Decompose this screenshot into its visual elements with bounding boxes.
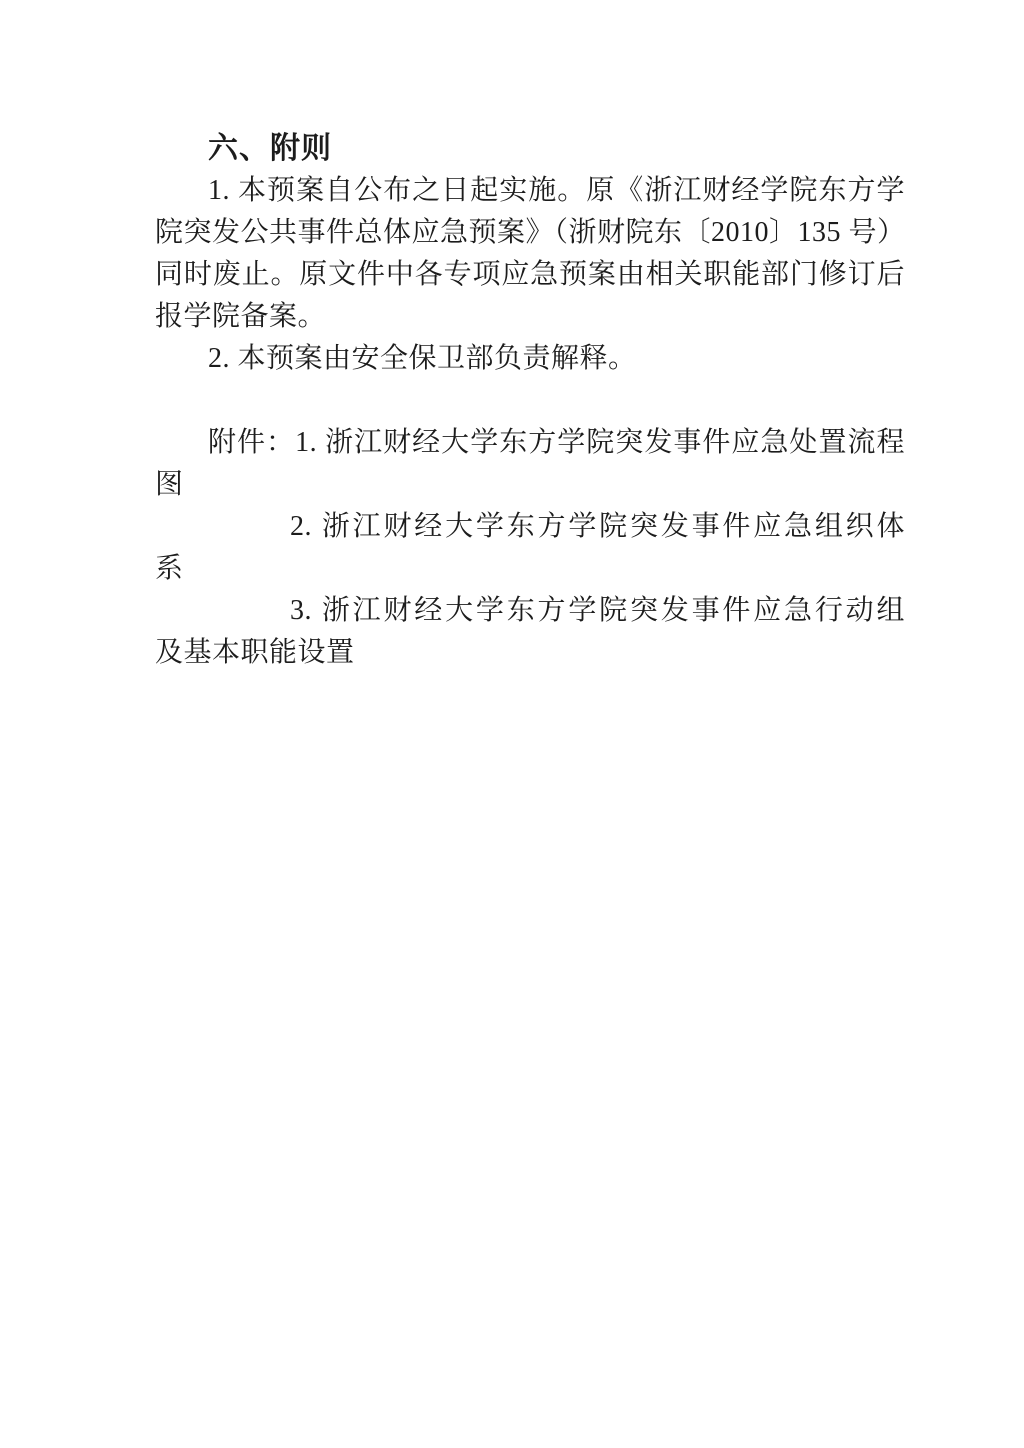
paragraph-1-line-2: 院突发公共事件总体应急预案》（浙财院东〔2010〕135 号） [155,212,905,254]
paragraph-2: 2. 本预案由安全保卫部负责解释。 [155,338,905,380]
attachment-item-3-line-2: 及基本职能设置 [155,632,905,674]
blank-line-spacer [155,380,905,422]
attachment-item-1-line-1: 附件：1. 浙江财经大学东方学院突发事件应急处置流程 [155,422,905,464]
paragraph-1-line-4: 报学院备案。 [155,296,905,338]
document-page: 六、附则 1. 本预案自公布之日起实施。原《浙江财经学院东方学 院突发公共事件总… [0,0,1024,1448]
attachment-item-2-line-1: 2. 浙江财经大学东方学院突发事件应急组织体 [155,506,905,548]
paragraph-1-line-3: 同时废止。原文件中各专项应急预案由相关职能部门修订后 [155,254,905,296]
attachment-item-1-line-2: 图 [155,464,905,506]
paragraph-1-line-1: 1. 本预案自公布之日起实施。原《浙江财经学院东方学 [155,170,905,212]
attachment-item-3-line-1: 3. 浙江财经大学东方学院突发事件应急行动组 [155,590,905,632]
attachment-item-2-line-2: 系 [155,548,905,590]
section-heading: 六、附则 [155,128,905,170]
